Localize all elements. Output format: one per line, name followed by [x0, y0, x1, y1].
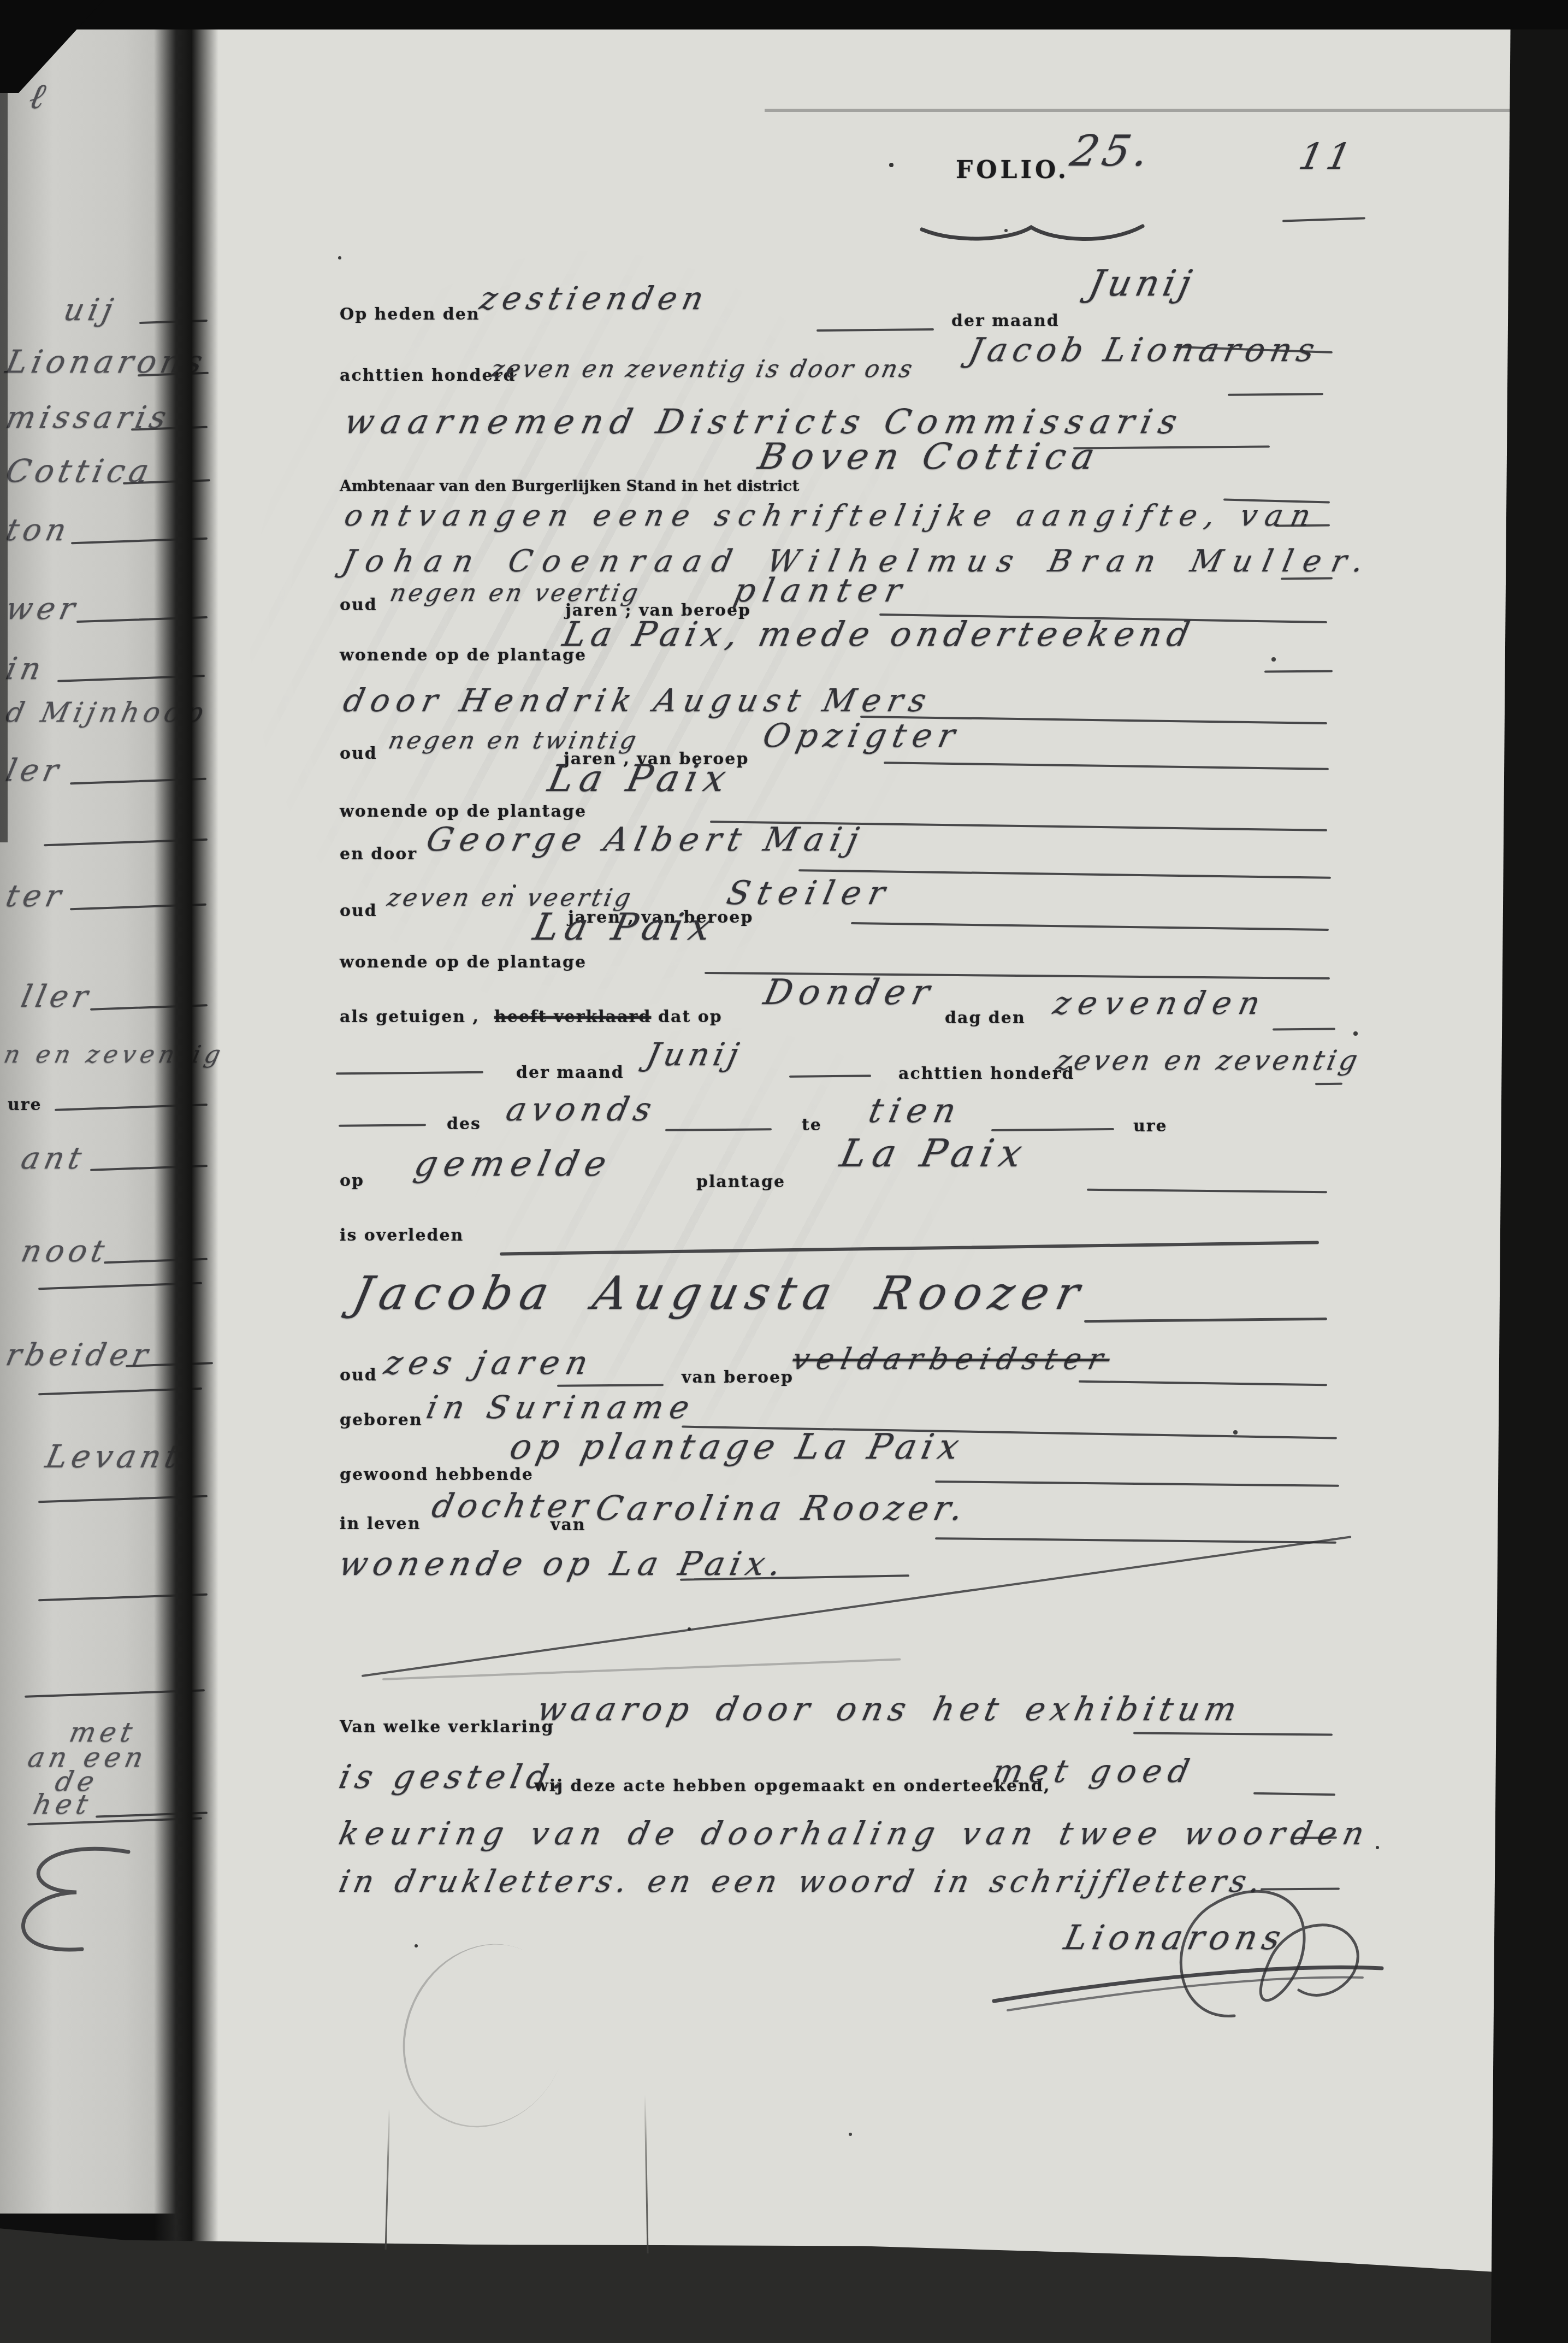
printed-form-label: oud	[340, 744, 377, 763]
handwritten-entry: keuring van de doorhaling van twee woord…	[336, 1815, 1374, 1852]
printed-form-label: der maand	[516, 1063, 624, 1082]
handwritten-entry: Steiler	[724, 874, 896, 912]
printed-form-label: in leven	[340, 1514, 421, 1533]
printed-form-label: Ambtenaar van den Burgerlijken Stand in …	[340, 477, 799, 495]
printed-form-label: op	[340, 1171, 364, 1190]
handwritten-entry: zestienden	[477, 280, 712, 317]
handwritten-entry: ontvangen eene schriftelijke aangifte, v…	[341, 498, 1322, 533]
previous-page-flourish	[0, 1840, 142, 1966]
signature-block: Lionarons	[978, 1878, 1404, 2047]
handwritten-entry: La Paix, mede onderteekend	[559, 614, 1199, 654]
printed-form-label: ure	[8, 1095, 42, 1114]
filler-rule	[1293, 1837, 1337, 1839]
handwritten-entry: rbeider	[3, 1337, 155, 1373]
printed-form-label: als getuigen ,	[340, 1007, 480, 1026]
handwritten-entry: ant	[18, 1141, 89, 1176]
handwritten-entry: uij	[61, 292, 120, 328]
printed-form-label: wonende op de plantage	[340, 953, 587, 972]
handwritten-entry: op plantage La Paix	[506, 1427, 968, 1467]
scan-top-edge	[0, 0, 1568, 29]
handwritten-entry: La Paix	[836, 1131, 1032, 1176]
handwritten-entry: Jacoba Augusta Roozer	[348, 1266, 1092, 1320]
printed-form-label: is overleden	[340, 1226, 464, 1245]
handwritten-entry: in Suriname	[423, 1389, 699, 1426]
handwritten-entry: Opzigter	[760, 717, 965, 755]
signature-name: Lionarons	[1061, 1917, 1289, 1957]
handwritten-entry: La Paix	[530, 906, 721, 949]
printed-form-label: van beroep	[682, 1368, 794, 1387]
folio-underline-swash	[918, 214, 1147, 252]
handwritten-entry: ton	[3, 512, 74, 548]
printed-form-label: van	[551, 1515, 586, 1535]
handwritten-entry: tien	[865, 1090, 966, 1130]
folio-label: FOLIO.	[956, 156, 1069, 184]
handwritten-entry: planter	[731, 571, 913, 610]
printed-form-label: wij deze acte hebben opgemaakt en ondert…	[534, 1777, 1050, 1796]
printed-form-label: Van welke verklaring	[340, 1718, 554, 1737]
printed-form-label: Op heden den	[340, 305, 480, 324]
printed-form-label: dag den	[945, 1008, 1026, 1028]
handwritten-entry: zeven en zeventig	[1054, 1044, 1364, 1076]
handwritten-entry: in	[3, 651, 49, 687]
printed-form-label: en door	[340, 845, 417, 864]
printed-form-label: wonende op de plantage	[340, 802, 587, 821]
handwritten-entry: noot	[18, 1234, 112, 1269]
handwritten-entry: ller	[18, 979, 96, 1014]
scan-left-edge	[0, 23, 8, 842]
handwritten-entry: door Hendrik August Mers	[340, 682, 936, 719]
handwritten-entry: veldarbeidster	[789, 1342, 1113, 1376]
scanned-death-record-page: ℓuijLionaronsmissarisCotticatonwerind Mi…	[0, 0, 1568, 2343]
handwritten-entry: Junij	[643, 1036, 747, 1073]
scanner-streak	[765, 109, 1518, 112]
printed-form-label: oud	[340, 901, 377, 920]
handwritten-entry: zevenden	[1050, 984, 1271, 1022]
signature-flourish	[978, 1878, 1404, 2047]
handwritten-entry: het	[31, 1789, 95, 1820]
printed-form-label: plantage	[696, 1172, 785, 1191]
printed-form-label: dat op	[658, 1007, 723, 1026]
folio-number: 25.	[1066, 127, 1157, 176]
printed-form-label: gewoond hebbende	[340, 1465, 534, 1484]
handwritten-entry: Jacob Lionarons	[966, 331, 1324, 369]
book-gutter-shadow	[154, 22, 218, 2283]
printed-form-label: wonende op de plantage	[340, 646, 587, 665]
handwritten-entry: met goed	[989, 1752, 1199, 1790]
printed-form-label: oud	[340, 595, 377, 615]
handwritten-entry: zes jaren	[381, 1344, 598, 1382]
printed-form-label: achttien honderd	[898, 1064, 1074, 1083]
handwritten-entry: ter	[3, 878, 68, 914]
filler-rule	[1315, 1083, 1342, 1085]
handwritten-entry: ler	[3, 753, 66, 788]
handwritten-entry: Junij	[1085, 262, 1199, 304]
handwritten-entry: La Paix	[545, 757, 736, 800]
handwritten-entry: zeven en zeventig is door ons	[489, 355, 917, 383]
handwritten-entry: gemelde	[411, 1144, 616, 1184]
handwritten-entry: avonds	[503, 1090, 661, 1129]
printed-form-label: geboren	[340, 1410, 423, 1430]
printed-form-label: oud	[340, 1366, 377, 1385]
printed-form-label: te	[802, 1116, 822, 1135]
filler-rule	[1281, 577, 1333, 580]
handwritten-entry: Carolina Roozer.	[592, 1488, 972, 1528]
handwritten-entry: wer	[3, 591, 82, 627]
printed-form-label: ure	[1133, 1117, 1168, 1136]
handwritten-entry: waarop door ons het exhibitum	[534, 1690, 1246, 1728]
handwritten-entry: Boven Cottica	[755, 435, 1105, 477]
printed-form-label: der maand	[951, 311, 1060, 331]
printed-form-label: des	[447, 1114, 481, 1134]
handwritten-entry: Donder	[760, 972, 939, 1013]
handwritten-entry: George Albert Maij	[423, 821, 868, 859]
printed-form-label: heeft verklaard	[494, 1007, 651, 1026]
akte-page-number: 11	[1295, 135, 1359, 178]
